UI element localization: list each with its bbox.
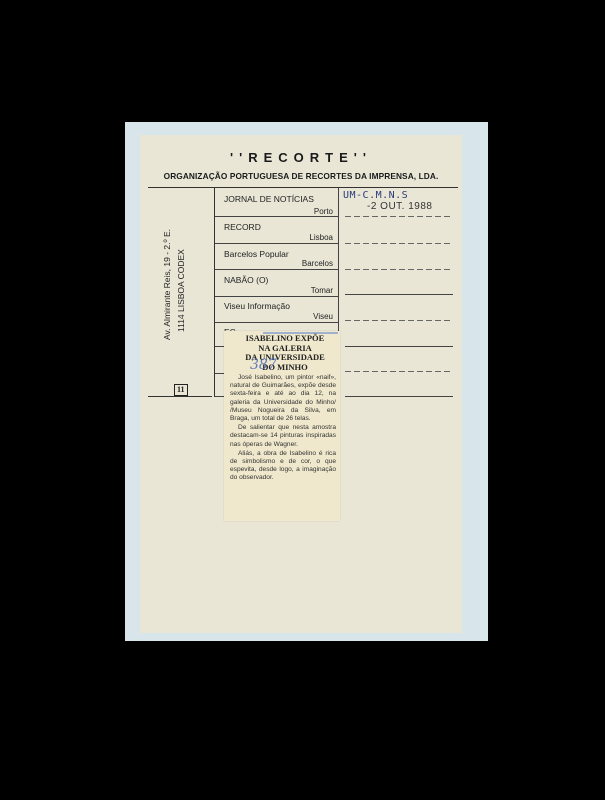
newspaper-name: RECORD — [224, 222, 261, 232]
clipping-body: José Isabelino, um pintor «naif», natura… — [224, 372, 340, 483]
row-divider — [215, 216, 338, 217]
address-bottom-line — [148, 396, 212, 397]
address-block: Av. Almirante Reis, 19 - 2.º E. 1114 LIS… — [160, 229, 188, 340]
stamp-date: -2 OUT. 1988 — [343, 201, 432, 212]
right-row-line — [345, 294, 453, 295]
left-column-divider — [214, 188, 215, 397]
clipping-paragraph: José Isabelino, um pintor «naif», natura… — [230, 374, 336, 423]
address-line-2: 1114 LISBOA CODEX — [174, 229, 188, 340]
headline-line: DO MINHO — [230, 363, 340, 373]
right-row-line — [345, 346, 453, 347]
clipping-paragraph: De salientar que nesta amostra destacam-… — [230, 424, 336, 449]
clipping-paragraph: Aliás, a obra de Isabelino é rica de sim… — [230, 450, 336, 483]
source-stamp: UM-C.M.N.S -2 OUT. 1988 — [343, 190, 432, 212]
right-row-line — [345, 216, 453, 217]
row-divider — [215, 322, 338, 323]
newspaper-city: Tomar — [311, 286, 333, 295]
newspaper-city: Viseu — [313, 312, 333, 321]
newspaper-name: JORNAL DE NOTÍCIAS — [224, 194, 314, 204]
newspaper-city: Barcelos — [302, 259, 333, 268]
clipping-headline: ISABELINO EXPÕE NA GALERIA DA UNIVERSIDA… — [224, 331, 340, 372]
header-divider — [148, 187, 458, 188]
row-divider — [215, 296, 338, 297]
right-row-line — [345, 371, 453, 372]
newspaper-clipping: ISABELINO EXPÕE NA GALERIA DA UNIVERSIDA… — [224, 331, 340, 521]
newspaper-city: Lisboa — [309, 233, 333, 242]
right-row-line — [345, 243, 453, 244]
right-column-divider — [338, 188, 339, 338]
newspaper-name: Viseu Informação — [224, 301, 290, 311]
newspaper-name: NABÃO (O) — [224, 275, 268, 285]
right-row-line — [345, 396, 453, 397]
stamp-handwritten-code: UM-C.M.N.S — [343, 190, 408, 201]
newspaper-name: Barcelos Popular — [224, 249, 289, 259]
handwritten-number: 387 — [250, 357, 277, 373]
right-row-line — [345, 269, 453, 270]
pen-mark — [263, 332, 338, 334]
page-number-badge: 11 — [174, 384, 188, 396]
right-row-line — [345, 320, 453, 321]
address-line-1: Av. Almirante Reis, 19 - 2.º E. — [160, 229, 174, 340]
document-title: ''RECORTE'' — [140, 150, 462, 165]
organization-name: ORGANIZAÇÃO PORTUGUESA DE RECORTES DA IM… — [140, 171, 462, 181]
row-divider — [215, 269, 338, 270]
row-divider — [215, 243, 338, 244]
newspaper-city: Porto — [314, 207, 333, 216]
